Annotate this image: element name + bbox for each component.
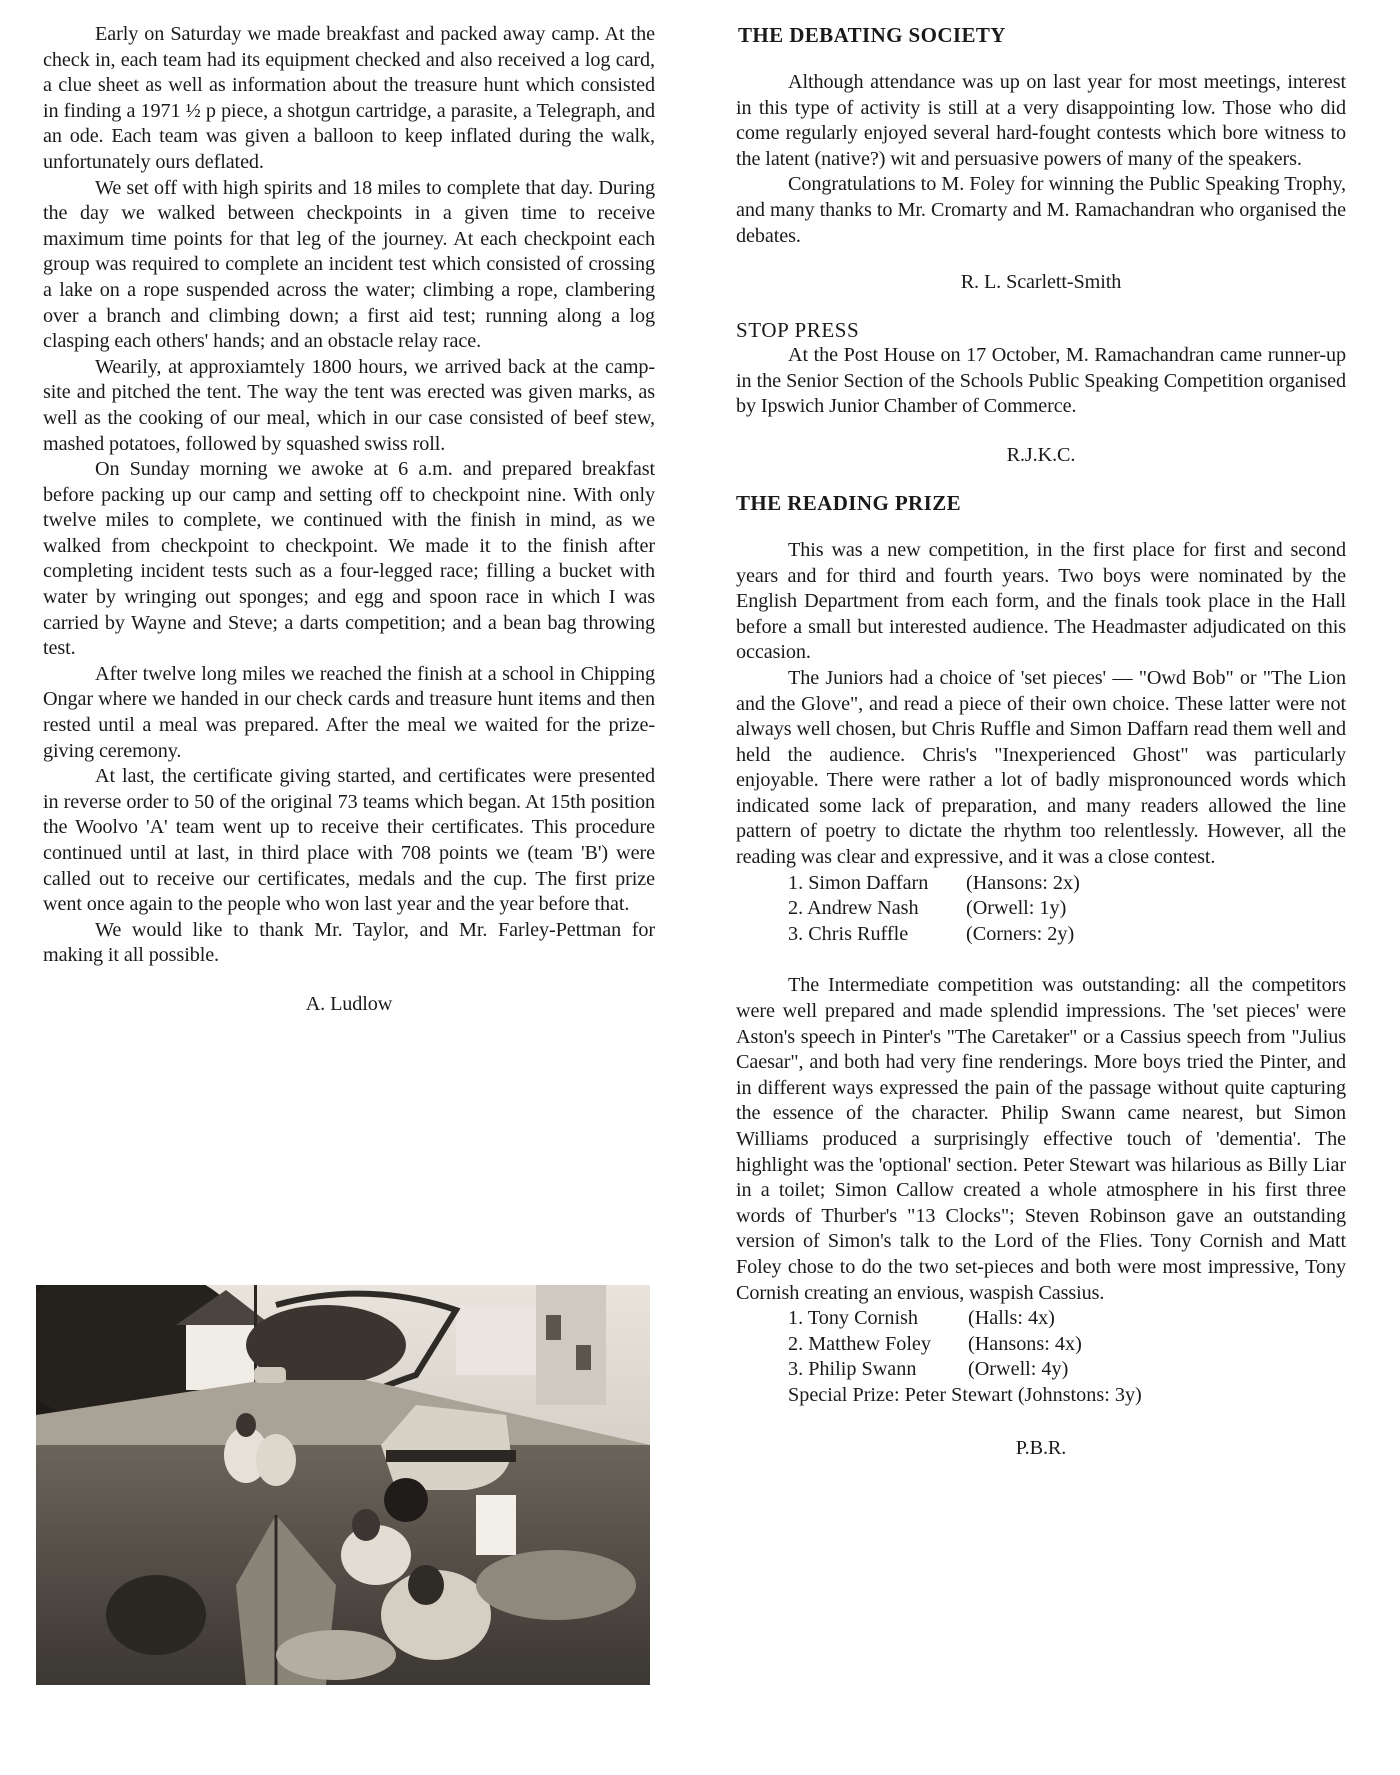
author-signature: A. Ludlow [43, 991, 655, 1017]
paragraph: The Intermediate competition was outstan… [736, 973, 1346, 1306]
result-house: (Orwell: 4y) [968, 1357, 1068, 1383]
result-name: 3. Philip Swann [788, 1357, 968, 1383]
paragraph: Congratulations to M. Foley for winning … [736, 172, 1346, 249]
result-house: (Hansons: 2x) [966, 871, 1080, 897]
result-house: (Halls: 4x) [968, 1306, 1055, 1332]
article-heading: THE READING PRIZE [736, 490, 1346, 516]
result-name: 2. Andrew Nash [788, 896, 966, 922]
result-item: 2. Matthew Foley (Hansons: 4x) [736, 1332, 1346, 1358]
paragraph: At the Post House on 17 October, M. Rama… [736, 343, 1346, 420]
result-item: 3. Philip Swann (Orwell: 4y) [736, 1357, 1346, 1383]
result-house: (Corners: 2y) [966, 922, 1074, 948]
result-item: 3. Chris Ruffle (Corners: 2y) [736, 922, 1346, 948]
paragraph: On Sunday morning we awoke at 6 a.m. and… [43, 457, 655, 662]
junior-results-list: 1. Simon Daffarn (Hansons: 2x) 2. Andrew… [736, 871, 1346, 948]
stop-press-article: STOP PRESS At the Post House on 17 Octob… [736, 317, 1346, 468]
paragraph: We would like to thank Mr. Taylor, and M… [43, 918, 655, 969]
result-name: 2. Matthew Foley [788, 1332, 968, 1358]
paragraph: This was a new competition, in the first… [736, 538, 1346, 666]
result-house: (Hansons: 4x) [968, 1332, 1082, 1358]
result-name: 1. Simon Daffarn [788, 871, 966, 897]
paragraph: Wearily, at approxiamtely 1800 hours, we… [43, 355, 655, 457]
result-name: 3. Chris Ruffle [788, 922, 966, 948]
article-heading: STOP PRESS [736, 317, 1346, 343]
reading-prize-article: THE READING PRIZE This was a new competi… [736, 490, 1346, 1461]
paragraph: We set off with high spirits and 18 mile… [43, 176, 655, 355]
debating-society-article: THE DEBATING SOCIETY Although attendance… [736, 22, 1346, 295]
paragraph: At last, the certificate giving started,… [43, 764, 655, 918]
author-signature: R. L. Scarlett-Smith [736, 269, 1346, 295]
paragraph: Although attendance was up on last year … [736, 70, 1346, 172]
paragraph: Early on Saturday we made breakfast and … [43, 22, 655, 176]
result-name: 1. Tony Cornish [788, 1306, 968, 1332]
article-heading: THE DEBATING SOCIETY [738, 22, 1346, 48]
right-column: THE DEBATING SOCIETY Although attendance… [736, 22, 1346, 1461]
left-column: Early on Saturday we made breakfast and … [43, 22, 655, 1017]
camping-photo [36, 1285, 650, 1685]
author-signature: R.J.K.C. [736, 442, 1346, 468]
author-signature: P.B.R. [736, 1435, 1346, 1461]
result-item: 2. Andrew Nash (Orwell: 1y) [736, 896, 1346, 922]
result-item: 1. Simon Daffarn (Hansons: 2x) [736, 871, 1346, 897]
special-prize: Special Prize: Peter Stewart (Johnstons:… [736, 1383, 1346, 1409]
intermediate-results-list: 1. Tony Cornish (Halls: 4x) 2. Matthew F… [736, 1306, 1346, 1408]
result-house: (Orwell: 1y) [966, 896, 1066, 922]
paragraph: After twelve long miles we reached the f… [43, 662, 655, 764]
paragraph: The Juniors had a choice of 'set pieces'… [736, 666, 1346, 871]
result-item: 1. Tony Cornish (Halls: 4x) [736, 1306, 1346, 1332]
